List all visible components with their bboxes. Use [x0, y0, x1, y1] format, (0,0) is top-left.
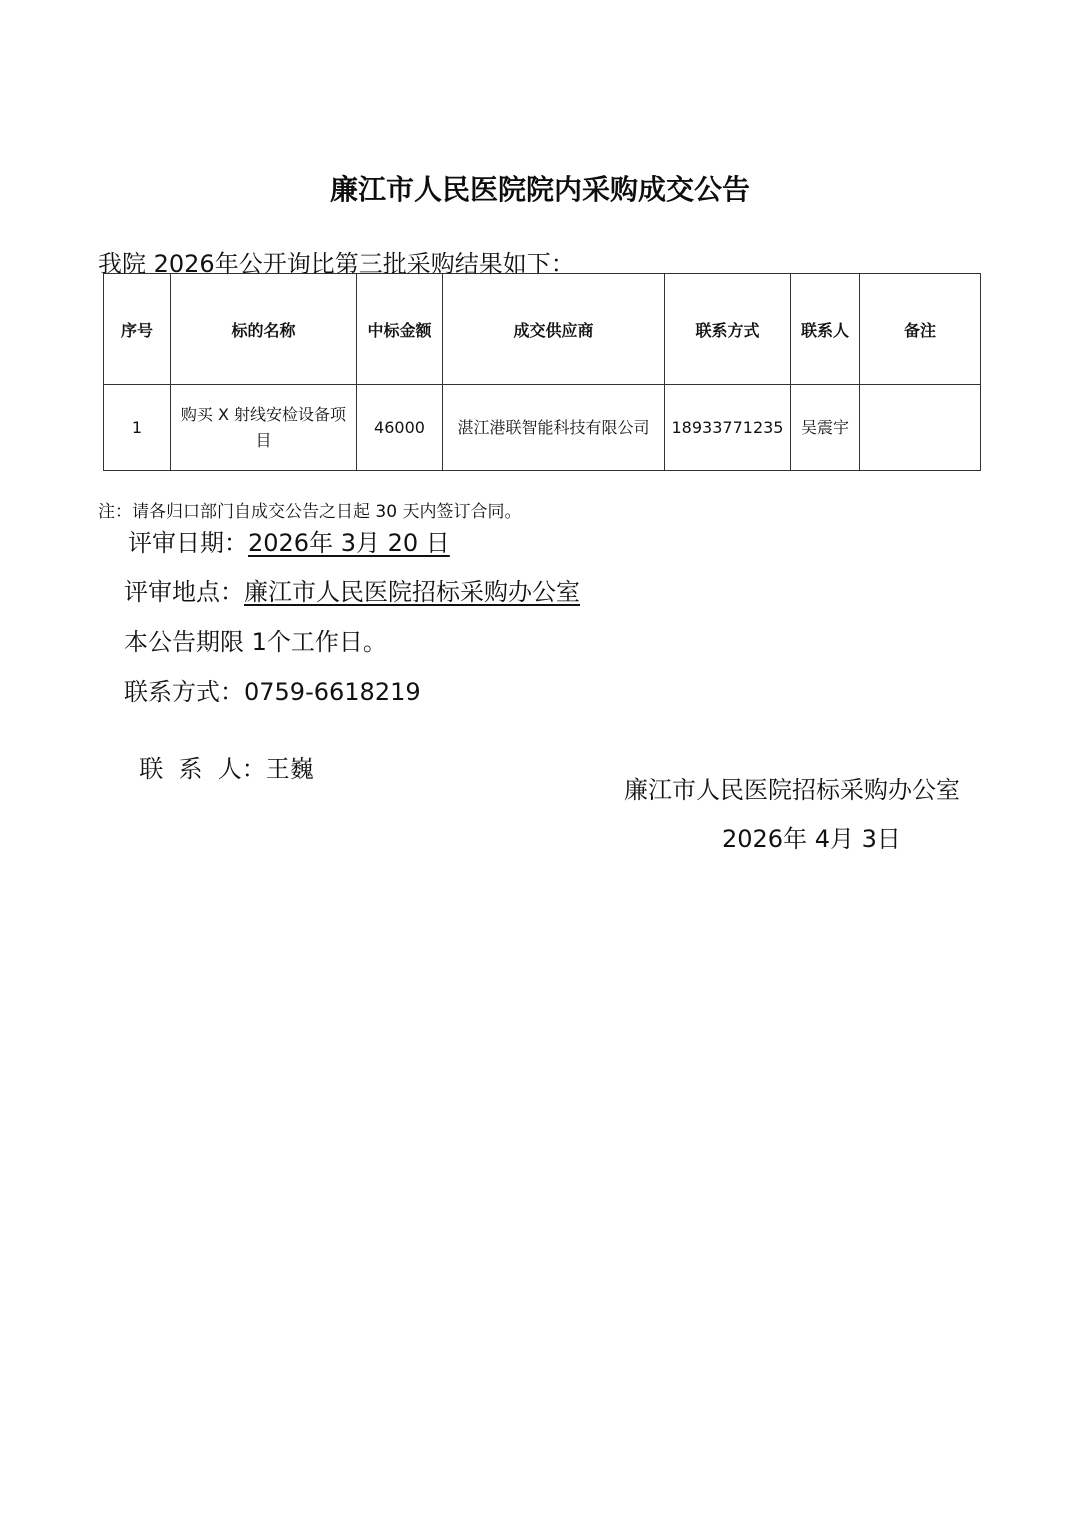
header-supplier: 成交供应商	[443, 274, 665, 385]
document-title: 廉江市人民医院院内采购成交公告	[0, 168, 1080, 208]
note-text: 注：请各归口部门自成交公告之日起 30 天内签订合同。	[98, 497, 521, 522]
table-header-row: 序号 标的名称 中标金额 成交供应商 联系方式 联系人 备注	[104, 274, 981, 385]
contact-method-label: 联系方式：	[124, 678, 244, 706]
header-item-name: 标的名称	[171, 274, 357, 385]
table-row: 1 购买 X 射线安检设备项目 46000 湛江港联智能科技有限公司 18933…	[104, 385, 981, 471]
signature-organization: 廉江市人民医院招标采购办公室	[624, 770, 960, 805]
contact-method-line: 联系方式：0759-6618219	[124, 672, 421, 707]
cell-amount: 46000	[357, 385, 443, 471]
contact-person-line: 联 系 人：王巍	[124, 721, 314, 784]
contact-method-value: 0759-6618219	[244, 678, 421, 706]
header-contact-phone: 联系方式	[665, 274, 791, 385]
review-location-value: 廉江市人民医院招标采购办公室	[244, 578, 580, 606]
header-index: 序号	[104, 274, 171, 385]
header-remark: 备注	[860, 274, 981, 385]
header-amount: 中标金额	[357, 274, 443, 385]
results-table: 序号 标的名称 中标金额 成交供应商 联系方式 联系人 备注 1 购买 X 射线…	[103, 273, 981, 471]
review-location-line: 评审地点：廉江市人民医院招标采购办公室	[124, 572, 580, 607]
header-contact-person: 联系人	[791, 274, 860, 385]
cell-contact-person: 吴震宇	[791, 385, 860, 471]
cell-supplier: 湛江港联智能科技有限公司	[443, 385, 665, 471]
review-date-line: 评审日期：2026年 3月 20 日	[128, 523, 450, 558]
signature-date: 2026年 4月 3日	[722, 819, 901, 854]
cell-contact-phone: 18933771235	[665, 385, 791, 471]
review-location-label: 评审地点：	[124, 578, 244, 606]
cell-remark	[860, 385, 981, 471]
cell-index: 1	[104, 385, 171, 471]
announcement-period: 本公告期限 1个工作日。	[124, 622, 387, 657]
review-date-label: 评审日期：	[128, 529, 248, 557]
contact-person-label: 联 系 人：	[139, 755, 266, 783]
review-date-value: 2026年 3月 20 日	[248, 529, 450, 557]
contact-person-value: 王巍	[266, 755, 314, 783]
cell-item-name: 购买 X 射线安检设备项目	[171, 385, 357, 471]
